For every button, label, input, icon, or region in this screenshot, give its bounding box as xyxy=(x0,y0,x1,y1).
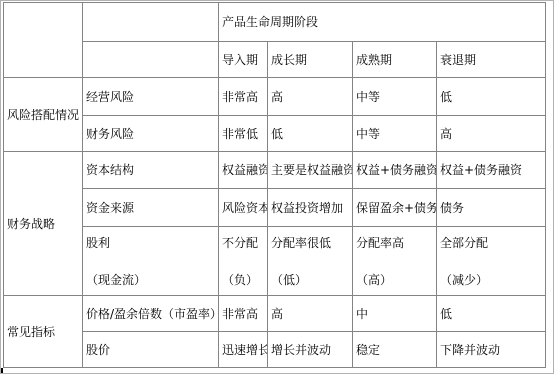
lifecycle-strategy-table: 产品生命周期阶段 导入期 成长期 成熟期 衰退期 风险搭配情况 经营风险 非常高… xyxy=(3,2,546,368)
text-cursor[interactable] xyxy=(1,368,3,374)
table-row: 风险搭配情况 经营风险 非常高 高 中等 低 xyxy=(4,78,546,116)
cell-pe-ratio-maturity: 中 xyxy=(353,296,437,332)
cell-dividend-intro: 不分配 （负） xyxy=(219,227,268,296)
group-title-strategy: 财务战略 xyxy=(4,152,83,296)
cell-financial-risk-decline: 高 xyxy=(437,116,546,152)
dividend-label-line2: （现金流） xyxy=(86,272,215,288)
cell-capital-structure-maturity: 权益+债务融资 xyxy=(353,152,437,189)
row-label-dividend: 股利 （现金流） xyxy=(83,227,219,296)
dividend-label-line1: 股利 xyxy=(86,235,215,251)
table-row: 股价 迅速增长 增长并波动 稳定 下降并波动 xyxy=(4,332,546,368)
cell-pe-ratio-decline: 低 xyxy=(437,296,546,332)
cell-financial-risk-growth: 低 xyxy=(268,116,353,152)
stage-header-decline: 衰退期 xyxy=(437,42,546,78)
cell-operating-risk-decline: 低 xyxy=(437,78,546,116)
cell-pe-ratio-intro: 非常高 xyxy=(219,296,268,332)
dividend-growth-line2: （低） xyxy=(271,272,349,288)
cell-dividend-decline: 全部分配 （减少） xyxy=(437,227,546,296)
row-label-capital-structure: 资本结构 xyxy=(83,152,219,189)
dividend-decline-line2: （减少） xyxy=(440,272,542,288)
dividend-growth-line1: 分配率很低 xyxy=(271,235,349,251)
cell-stock-price-decline: 下降并波动 xyxy=(437,332,546,368)
table-row: 股利 （现金流） 不分配 （负） 分配率很低 （低） 分配率高 （高） 全部分配 xyxy=(4,227,546,296)
table-row: 财务风险 非常低 低 中等 高 xyxy=(4,116,546,152)
document-canvas: 产品生命周期阶段 导入期 成长期 成熟期 衰退期 风险搭配情况 经营风险 非常高… xyxy=(0,0,555,375)
dividend-intro-line1: 不分配 xyxy=(222,235,264,251)
cell-capital-structure-intro: 权益融资 xyxy=(219,152,268,189)
cell-capital-structure-decline: 权益+债务融资 xyxy=(437,152,546,189)
dividend-intro-line2: （负） xyxy=(222,272,264,288)
cell-operating-risk-growth: 高 xyxy=(268,78,353,116)
cell-dividend-growth: 分配率很低 （低） xyxy=(268,227,353,296)
cell-funding-source-growth: 权益投资增加 xyxy=(268,189,353,227)
stage-header-growth: 成长期 xyxy=(268,42,353,78)
row-label-operating-risk: 经营风险 xyxy=(83,78,219,116)
corner-empty-cell xyxy=(4,3,83,78)
table-row: 产品生命周期阶段 xyxy=(4,3,546,42)
cell-funding-source-decline: 债务 xyxy=(437,189,546,227)
row-label-financial-risk: 财务风险 xyxy=(83,116,219,152)
cell-financial-risk-intro: 非常低 xyxy=(219,116,268,152)
group-title-risk: 风险搭配情况 xyxy=(4,78,83,152)
table-row: 常见指标 价格/盈余倍数（市盈率） 非常高 高 中 低 xyxy=(4,296,546,332)
cell-funding-source-intro: 风险资本 xyxy=(219,189,268,227)
empty-cell xyxy=(83,42,219,78)
cell-dividend-maturity: 分配率高 （高） xyxy=(353,227,437,296)
stage-header-intro: 导入期 xyxy=(219,42,268,78)
cell-operating-risk-intro: 非常高 xyxy=(219,78,268,116)
table-row: 财务战略 资本结构 权益融资 主要是权益融资 权益+债务融资 权益+债务融资 xyxy=(4,152,546,189)
empty-cell xyxy=(83,3,219,42)
group-title-indicators: 常见指标 xyxy=(4,296,83,368)
table-row: 资金来源 风险资本 权益投资增加 保留盈余+债务 债务 xyxy=(4,189,546,227)
cell-funding-source-maturity: 保留盈余+债务 xyxy=(353,189,437,227)
cell-financial-risk-maturity: 中等 xyxy=(353,116,437,152)
dividend-maturity-line2: （高） xyxy=(356,272,433,288)
dividend-decline-line1: 全部分配 xyxy=(440,235,542,251)
cell-pe-ratio-growth: 高 xyxy=(268,296,353,332)
row-label-stock-price: 股价 xyxy=(83,332,219,368)
cell-operating-risk-maturity: 中等 xyxy=(353,78,437,116)
cell-stock-price-growth: 增长并波动 xyxy=(268,332,353,368)
dividend-maturity-line1: 分配率高 xyxy=(356,235,433,251)
cell-stock-price-maturity: 稳定 xyxy=(353,332,437,368)
stage-header-maturity: 成熟期 xyxy=(353,42,437,78)
row-label-pe-ratio: 价格/盈余倍数（市盈率） xyxy=(83,296,219,332)
row-label-funding-source: 资金来源 xyxy=(83,189,219,227)
table-row: 导入期 成长期 成熟期 衰退期 xyxy=(4,42,546,78)
cell-capital-structure-growth: 主要是权益融资 xyxy=(268,152,353,189)
lifecycle-header-cell: 产品生命周期阶段 xyxy=(219,3,546,42)
cell-stock-price-intro: 迅速增长 xyxy=(219,332,268,368)
